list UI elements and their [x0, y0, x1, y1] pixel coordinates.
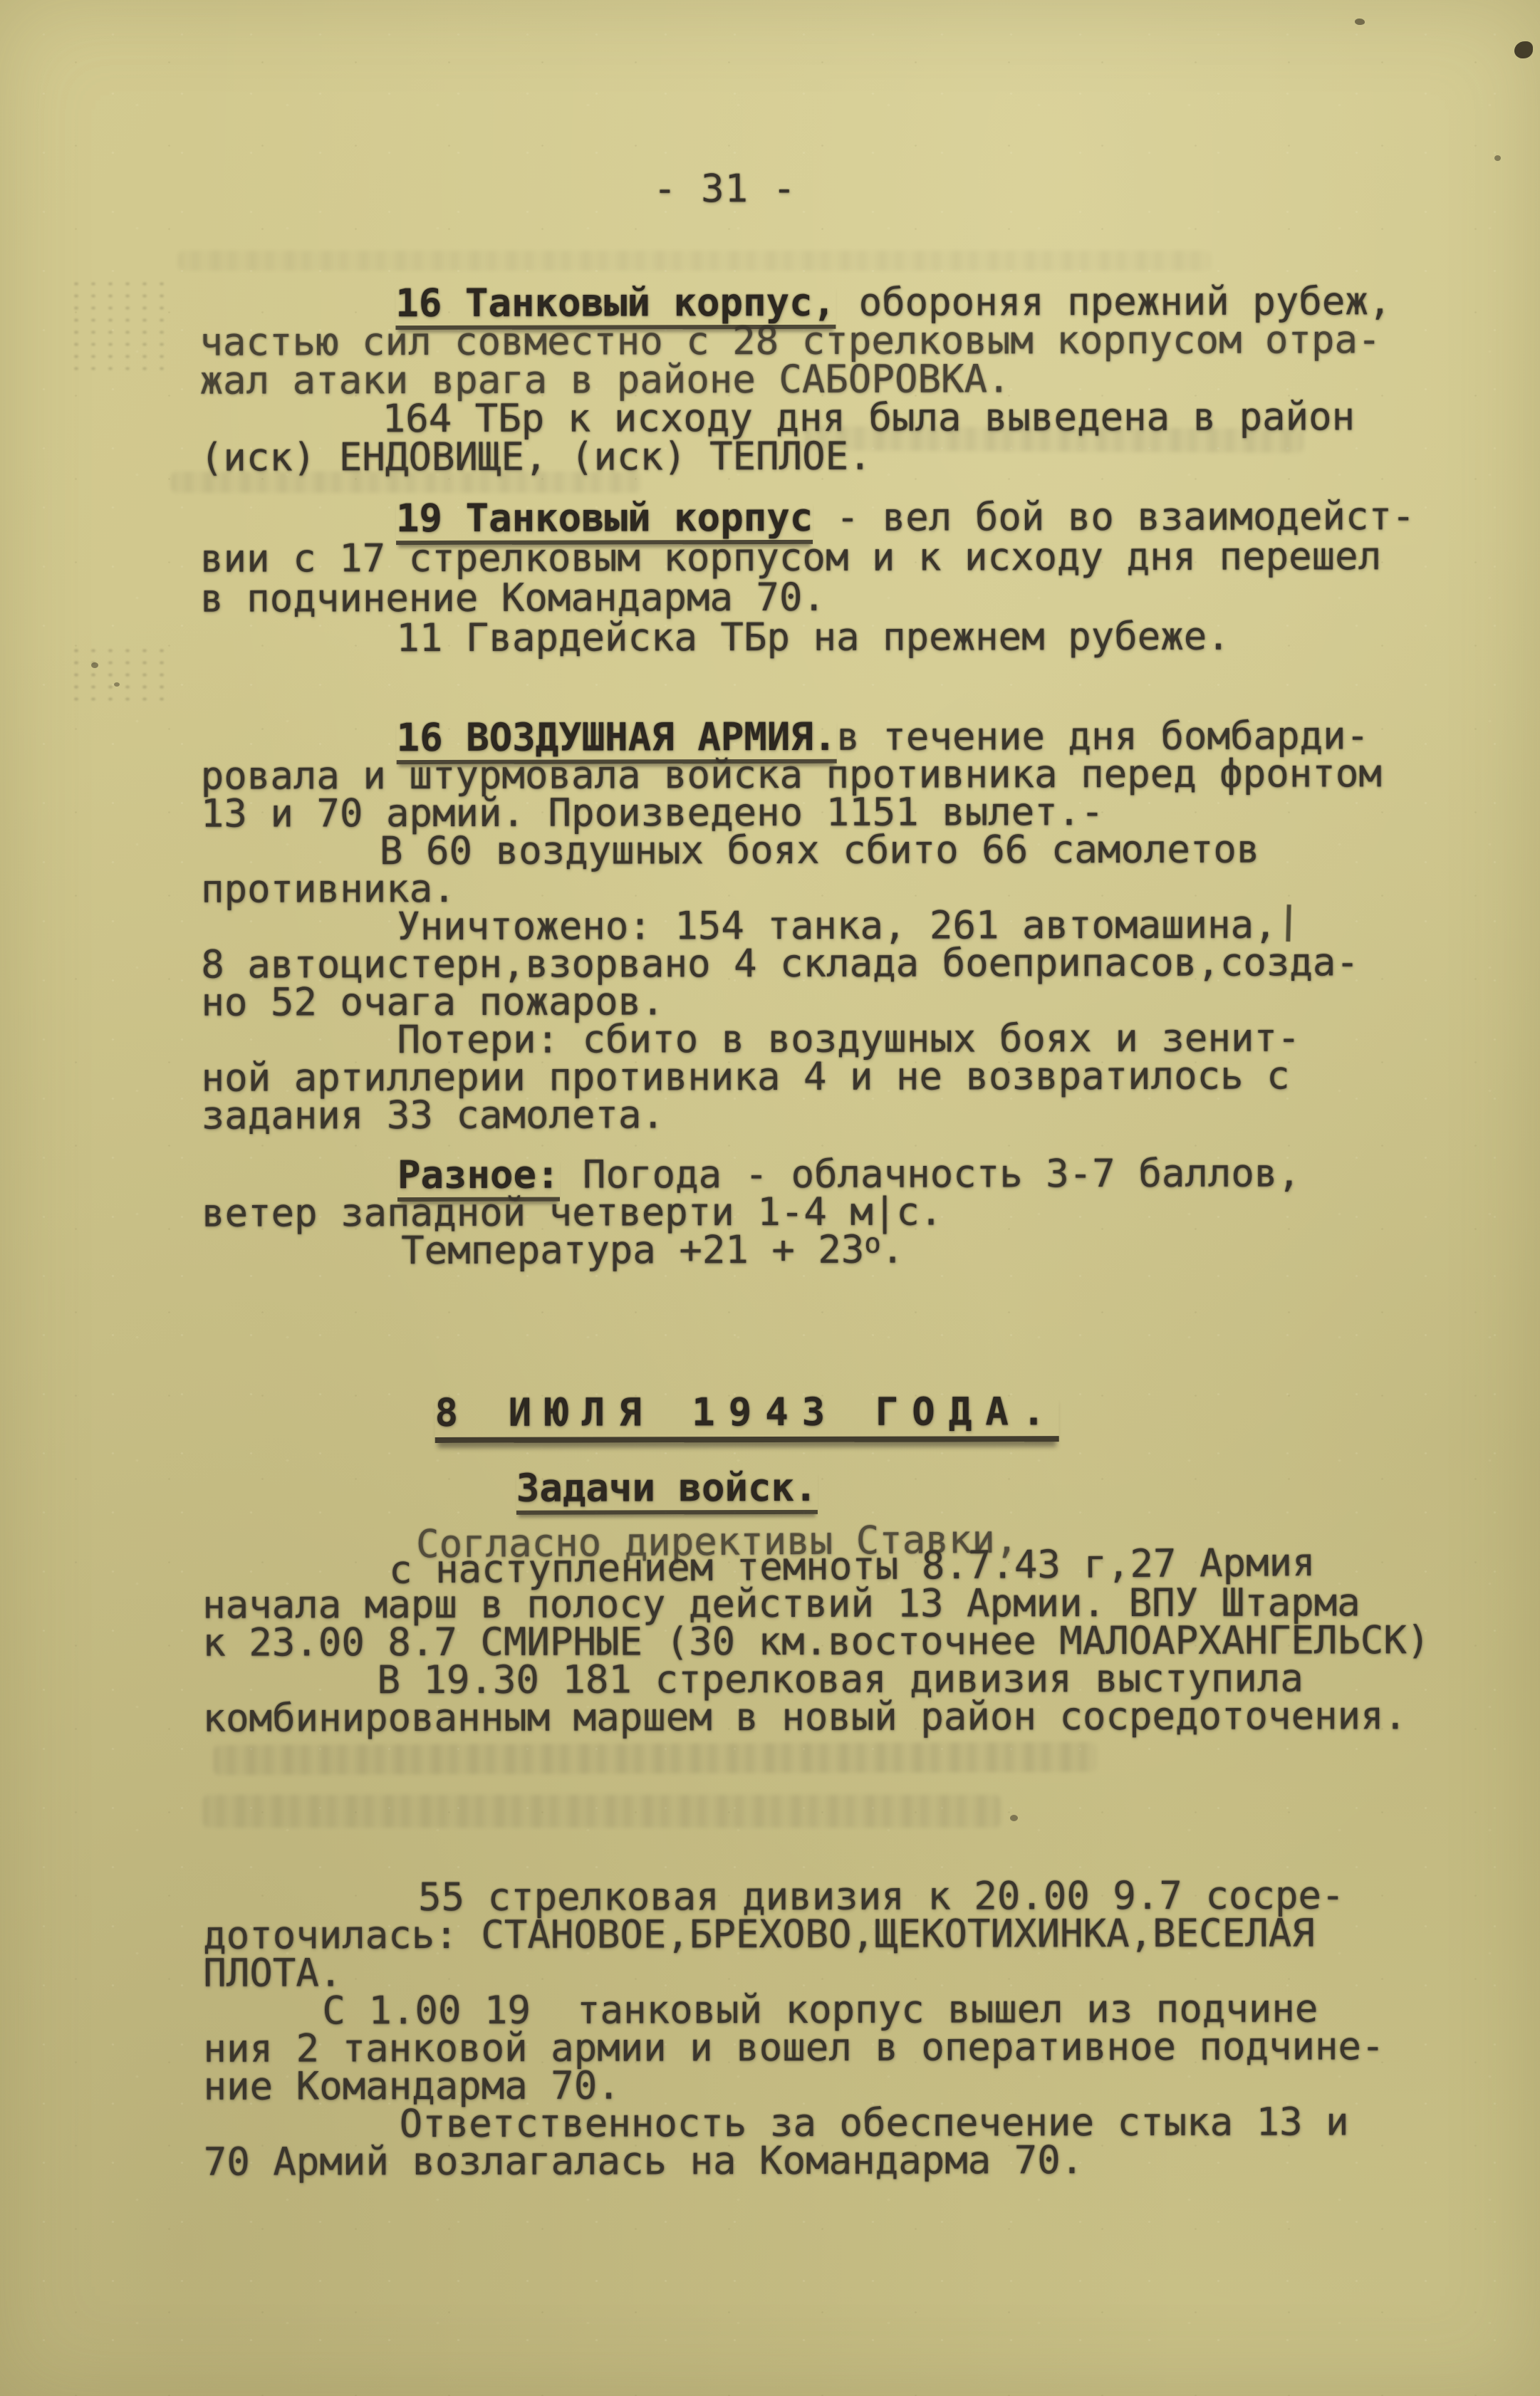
typewritten-text-layer: - 31 - 16 Танковый корпус, обороняя преж… — [0, 0, 1540, 2396]
p6-line7: Ответственность за обеспечение стыка 13 … — [400, 2103, 1385, 2142]
p2-line4: 11 Гвардейска ТБр на прежнем рубеже. — [396, 617, 1415, 659]
p3-line10: ной артиллерии противника 4 и не возврат… — [202, 1056, 1383, 1096]
p3-line4: В 60 воздушных боях сбито 66 самолетов — [380, 830, 1382, 870]
p5-line6: комбинированным маршем в новый район сос… — [202, 1697, 1430, 1737]
paragraph-55-rifle-division: 55 стрелковая дивизия к 20.00 9.7 сосре-… — [203, 1876, 1385, 2180]
page-number: - 31 - — [653, 170, 796, 208]
date-heading: 8 ИЮЛЯ 1943 ГОДА. — [435, 1392, 1059, 1443]
p1-line2: частью сил совместно с 28 стрелковым кор… — [199, 321, 1391, 362]
p4-line2: ветер западной четверти 1-4 м|с. — [202, 1192, 1301, 1231]
paragraph-19-tank-corps: 19 Танковый корпус - вел бой во взаимоде… — [200, 497, 1415, 660]
p4-line3-period: . — [881, 1227, 905, 1272]
paragraph-16-tank-corps: 16 Танковый корпус, обороняя прежний руб… — [199, 282, 1392, 477]
degree-mark: о — [864, 1228, 881, 1260]
p2-line2: вии с 17 стрелковым корпусом и к исходу … — [200, 537, 1415, 580]
paragraph-16-air-army: 16 ВОЗДУШНАЯ АРМИЯ.в течение дня бомбард… — [201, 717, 1383, 1134]
p2-line1-rest: - вел бой во взаимодейст- — [813, 494, 1415, 540]
p3-line7: 8 автоцистерн,взорвано 4 склада боеприпа… — [201, 943, 1382, 983]
date-heading-underlined: 8 ИЮЛЯ 1943 ГОДА. — [435, 1392, 1059, 1443]
p2-line1: 19 Танковый корпус - вел бой во взаимоде… — [396, 497, 1415, 539]
p4-line3: Температура +21 + 23о. — [401, 1229, 1301, 1269]
p6-line8: 70 Армий возлагалась на Командарма 70. — [204, 2140, 1385, 2180]
p3-line11: задания 33 самолета. — [202, 1094, 1383, 1134]
p4-temperature: Температура +21 + 23 — [401, 1227, 864, 1273]
p1-line4: 164 ТБр к исходу дня была выведена в рай… — [383, 397, 1392, 438]
p2-line3: в подчинение Командарма 70. — [200, 577, 1415, 620]
paragraph-stavka-directive: Согласно директивы Ставки, с наступление… — [202, 1520, 1430, 1737]
p3-line2: ровала и штурмовала войска противника пе… — [201, 754, 1382, 794]
p6-line2: доточилась: СТАНОВОЕ,БРЕХОВО,ЩЕКОТИХИНКА… — [203, 1914, 1384, 1954]
paragraph-misc-weather: Разное: Погода - облачность 3-7 баллов, … — [202, 1154, 1301, 1269]
tasks-subheading: Задачи войск. — [516, 1469, 818, 1515]
document-page: - 31 - 16 Танковый корпус, обороняя преж… — [0, 0, 1540, 2396]
p1-line1: 16 Танковый корпус, обороняя прежний руб… — [395, 282, 1391, 323]
p1-line5: (иск) ЕНДОВИЩЕ, (иск) ТЕПЛОЕ. — [200, 436, 1392, 477]
tasks-subheading-underlined: Задачи войск. — [516, 1469, 818, 1515]
p6-line5: ния 2 танковой армии и вошел в оперативн… — [203, 2027, 1384, 2067]
p4-line1: Разное: Погода - облачность 3-7 баллов, — [397, 1154, 1301, 1194]
